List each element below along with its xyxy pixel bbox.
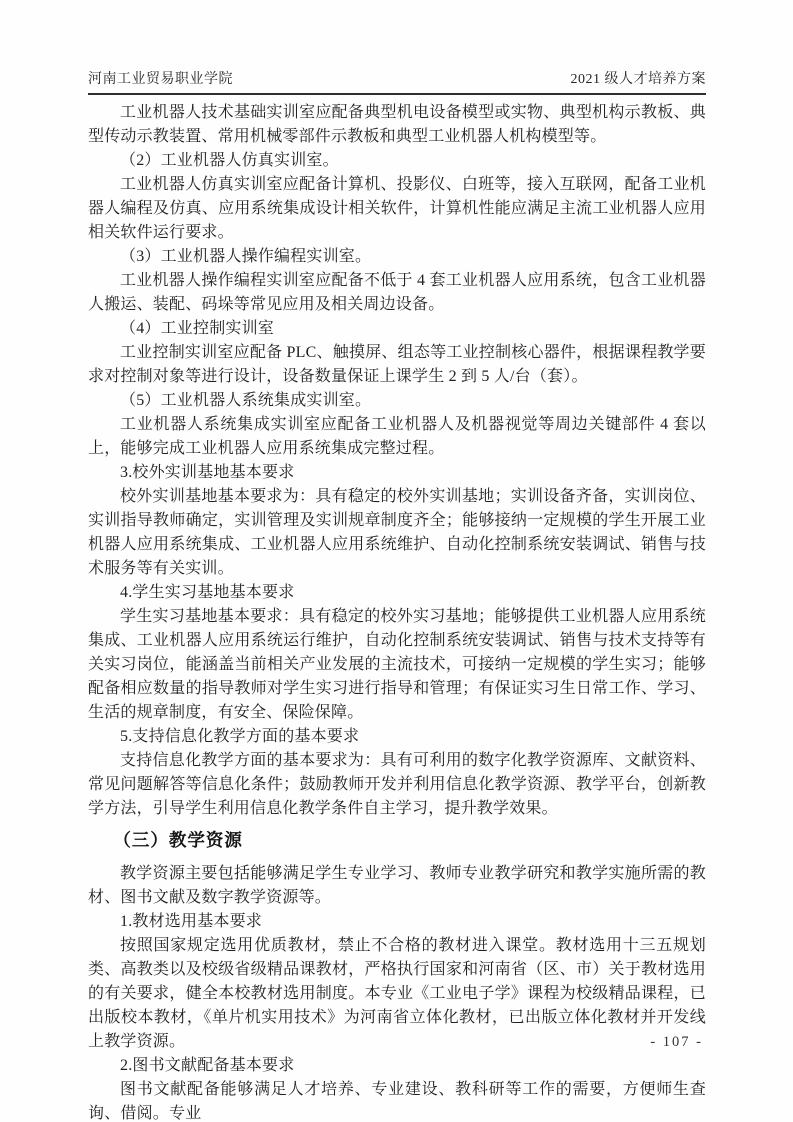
paragraph: （4）工业控制实训室 (88, 317, 706, 341)
paragraph: 支持信息化教学方面的基本要求为：具有可利用的数字化教学资源库、文献资料、常见问题… (88, 749, 706, 821)
paragraph: 工业控制实训室应配备 PLC、触摸屏、组态等工业控制核心器件，根据课程教学要求对… (88, 341, 706, 389)
list-heading: 4.学生实习基地基本要求 (88, 581, 706, 605)
header-school-name: 河南工业贸易职业学院 (88, 68, 233, 88)
paragraph: （2）工业机器人仿真实训室。 (88, 149, 706, 173)
document-body: 工业机器人技术基础实训室应配备典型机电设备模型或实物、典型机构示教板、典型传动示… (88, 101, 706, 1122)
paragraph: （3）工业机器人操作编程实训室。 (88, 245, 706, 269)
paragraph: 工业机器人系统集成实训室应配备工业机器人及机器视觉等周边关键部件 4 套以上，能… (88, 413, 706, 461)
paragraph: 教学资源主要包括能够满足学生专业学习、教师专业教学研究和教学实施所需的教材、图书… (88, 862, 706, 910)
section-heading: （三）教学资源 (88, 827, 706, 853)
header-plan-title: 2021 级人才培养方案 (571, 68, 707, 88)
paragraph: 学生实习基地基本要求：具有稳定的校外实习基地；能够提供工业机器人应用系统集成、工… (88, 605, 706, 725)
paragraph: 工业机器人操作编程实训室应配备不低于 4 套工业机器人应用系统，包含工业机器人搬… (88, 269, 706, 317)
document-page: 河南工业贸易职业学院 2021 级人才培养方案 工业机器人技术基础实训室应配备典… (0, 0, 793, 1122)
list-heading: 2.图书文献配备基本要求 (88, 1054, 706, 1078)
paragraph: 校外实训基地基本要求为：具有稳定的校外实训基地；实训设备齐备，实训岗位、实训指导… (88, 485, 706, 581)
page-footer: - 107 - (650, 1034, 703, 1051)
list-heading: 1.教材选用基本要求 (88, 910, 706, 934)
paragraph: 图书文献配备能够满足人才培养、专业建设、教科研等工作的需要，方便师生查询、借阅。… (88, 1078, 706, 1122)
paragraph: 工业机器人仿真实训室应配备计算机、投影仪、白班等，接入互联网，配备工业机器人编程… (88, 173, 706, 245)
list-heading: 5.支持信息化教学方面的基本要求 (88, 725, 706, 749)
paragraph: 工业机器人技术基础实训室应配备典型机电设备模型或实物、典型机构示教板、典型传动示… (88, 101, 706, 149)
paragraph: （5）工业机器人系统集成实训室。 (88, 389, 706, 413)
list-heading: 3.校外实训基地基本要求 (88, 461, 706, 485)
paragraph: 按照国家规定选用优质教材，禁止不合格的教材进入课堂。教材选用十三五规划类、高教类… (88, 934, 706, 1054)
page-number: - 107 - (650, 1034, 703, 1050)
page-header: 河南工业贸易职业学院 2021 级人才培养方案 (88, 68, 706, 95)
